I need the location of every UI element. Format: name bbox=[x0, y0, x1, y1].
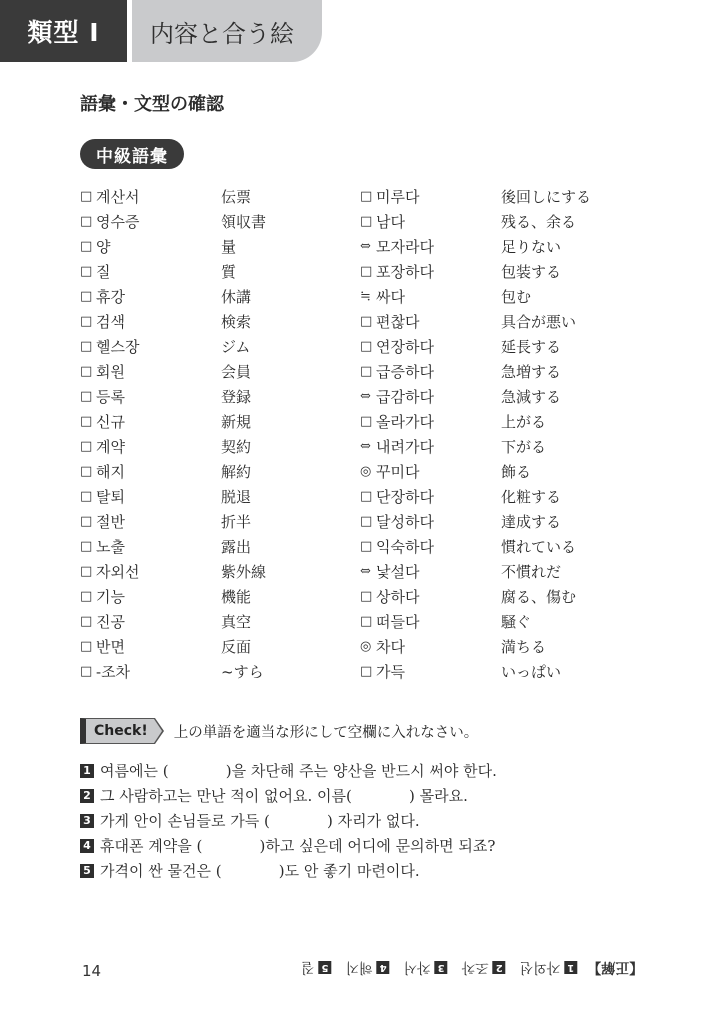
japanese-meaning: 満ちる bbox=[501, 636, 546, 657]
checkbox-icon[interactable]: □ bbox=[80, 439, 96, 454]
japanese-meaning: 急減する bbox=[501, 386, 561, 407]
checkbox-icon[interactable]: □ bbox=[80, 489, 96, 504]
checkbox-icon[interactable]: □ bbox=[360, 664, 376, 679]
vocab-row: □절반折半 bbox=[80, 509, 266, 534]
korean-word: 내려가다 bbox=[376, 436, 501, 457]
checkbox-icon[interactable]: □ bbox=[360, 489, 376, 504]
japanese-meaning: 上がる bbox=[501, 411, 546, 432]
japanese-meaning: 反面 bbox=[221, 636, 251, 657]
vocab-row: □남다残る、余る bbox=[360, 209, 591, 234]
korean-word: 꾸미다 bbox=[376, 461, 501, 482]
korean-word: 진공 bbox=[96, 611, 221, 632]
japanese-meaning: 脱退 bbox=[221, 486, 251, 507]
question-item: 2그 사람하고는 만난 적이 없어요. 이름( ) 몰라요. bbox=[80, 783, 497, 808]
vocab-row: □편찮다具合が悪い bbox=[360, 309, 591, 334]
korean-word: 탈퇴 bbox=[96, 486, 221, 507]
answer-item: 3차서 bbox=[403, 958, 447, 978]
vocab-row: □자외선紫外線 bbox=[80, 559, 266, 584]
vocab-row: □해지解約 bbox=[80, 459, 266, 484]
korean-word: 포장하다 bbox=[376, 261, 501, 282]
vocab-row: ⇔내려가다下がる bbox=[360, 434, 591, 459]
japanese-meaning: 紫外線 bbox=[221, 561, 266, 582]
korean-word: 차다 bbox=[376, 636, 501, 657]
vocab-row: □휴강休講 bbox=[80, 284, 266, 309]
checkbox-icon[interactable]: □ bbox=[80, 314, 96, 329]
vocab-row: □진공真空 bbox=[80, 609, 266, 634]
japanese-meaning: ジム bbox=[221, 336, 250, 357]
answer-number: 4 bbox=[376, 962, 389, 975]
vocab-row: □연장하다延長する bbox=[360, 334, 591, 359]
answer-number: 3 bbox=[434, 962, 447, 975]
japanese-meaning: 質 bbox=[221, 261, 236, 282]
checkbox-icon[interactable]: □ bbox=[80, 614, 96, 629]
japanese-meaning: 露出 bbox=[221, 536, 251, 557]
answer-number: 2 bbox=[492, 962, 505, 975]
chapter-topic-label: 内容と合う絵 bbox=[132, 0, 322, 62]
question-item: 4휴대폰 계약을 ( )하고 싶은데 어디에 문의하면 되죠? bbox=[80, 833, 497, 858]
korean-word: 상하다 bbox=[376, 586, 501, 607]
vocab-row: □양量 bbox=[80, 234, 266, 259]
japanese-meaning: いっぱい bbox=[501, 661, 561, 682]
question-number: 1 bbox=[80, 764, 94, 778]
korean-word: -조차 bbox=[96, 661, 221, 682]
answer-text: 차서 bbox=[403, 958, 430, 978]
korean-word: 익숙하다 bbox=[376, 536, 501, 557]
japanese-meaning: 解約 bbox=[221, 461, 251, 482]
japanese-meaning: 新規 bbox=[221, 411, 251, 432]
checkbox-icon[interactable]: □ bbox=[360, 189, 376, 204]
vocab-row: □-조차~すら bbox=[80, 659, 266, 684]
vocab-row: □급증하다急増する bbox=[360, 359, 591, 384]
vocab-row: ⇔모자라다足りない bbox=[360, 234, 591, 259]
checkbox-icon[interactable]: ◎ bbox=[360, 639, 376, 654]
korean-word: 단장하다 bbox=[376, 486, 501, 507]
korean-word: 해지 bbox=[96, 461, 221, 482]
answer-item: 5질 bbox=[301, 958, 332, 978]
vocab-row: □계산서伝票 bbox=[80, 184, 266, 209]
vocab-row: □헬스장ジム bbox=[80, 334, 266, 359]
vocab-row: □반면反面 bbox=[80, 634, 266, 659]
korean-word: 싸다 bbox=[376, 286, 501, 307]
japanese-meaning: 機能 bbox=[221, 586, 251, 607]
answer-text: 자외선 bbox=[519, 958, 560, 978]
vocab-row: □익숙하다慣れている bbox=[360, 534, 591, 559]
vocab-row: □탈퇴脱退 bbox=[80, 484, 266, 509]
japanese-meaning: 具合が悪い bbox=[501, 311, 576, 332]
vocab-row: □노출露出 bbox=[80, 534, 266, 559]
checkbox-icon[interactable]: ◎ bbox=[360, 464, 376, 479]
korean-word: 노출 bbox=[96, 536, 221, 557]
vocab-row: □상하다腐る、傷む bbox=[360, 584, 591, 609]
korean-word: 검색 bbox=[96, 311, 221, 332]
checkbox-icon[interactable]: □ bbox=[360, 589, 376, 604]
japanese-meaning: 登録 bbox=[221, 386, 251, 407]
checkbox-icon[interactable]: □ bbox=[80, 639, 96, 654]
korean-word: 달성하다 bbox=[376, 511, 501, 532]
answer-key-upside-down: 【正解】 1자외선2조차3차서4해지5질 bbox=[291, 958, 643, 978]
korean-word: 헬스장 bbox=[96, 336, 221, 357]
checkbox-icon[interactable]: □ bbox=[360, 514, 376, 529]
checkbox-icon[interactable]: □ bbox=[360, 364, 376, 379]
vocab-row: □회원会員 bbox=[80, 359, 266, 384]
checkbox-icon[interactable]: □ bbox=[360, 339, 376, 354]
checkbox-icon[interactable]: □ bbox=[80, 364, 96, 379]
checkbox-icon[interactable]: ⇔ bbox=[360, 564, 376, 579]
korean-word: 절반 bbox=[96, 511, 221, 532]
japanese-meaning: 化粧する bbox=[501, 486, 561, 507]
checkbox-icon[interactable]: ⇔ bbox=[360, 239, 376, 254]
answer-number: 1 bbox=[564, 962, 577, 975]
korean-word: 가득 bbox=[376, 661, 501, 682]
japanese-meaning: 後回しにする bbox=[501, 186, 591, 207]
japanese-meaning: 会員 bbox=[221, 361, 251, 382]
vocab-row: □기능機能 bbox=[80, 584, 266, 609]
question-number: 5 bbox=[80, 864, 94, 878]
korean-word: 신규 bbox=[96, 411, 221, 432]
checkbox-icon[interactable]: □ bbox=[80, 389, 96, 404]
vocab-row: □질質 bbox=[80, 259, 266, 284]
japanese-meaning: 延長する bbox=[501, 336, 561, 357]
japanese-meaning: 騒ぐ bbox=[501, 611, 531, 632]
checkbox-icon[interactable]: ⇔ bbox=[360, 389, 376, 404]
vocab-row: □달성하다達成する bbox=[360, 509, 591, 534]
answer-item: 2조차 bbox=[461, 958, 505, 978]
checkbox-icon[interactable]: □ bbox=[80, 514, 96, 529]
check-arrow-icon bbox=[155, 718, 164, 744]
checkbox-icon[interactable]: □ bbox=[360, 314, 376, 329]
question-text: 휴대폰 계약을 ( )하고 싶은데 어디에 문의하면 되죠? bbox=[100, 835, 495, 856]
checkbox-icon[interactable]: □ bbox=[80, 239, 96, 254]
answer-text: 해지 bbox=[345, 958, 372, 978]
japanese-meaning: 下がる bbox=[501, 436, 546, 457]
vocab-row: □포장하다包装する bbox=[360, 259, 591, 284]
japanese-meaning: 足りない bbox=[501, 236, 561, 257]
korean-word: 자외선 bbox=[96, 561, 221, 582]
vocab-row: □가득いっぱい bbox=[360, 659, 591, 684]
korean-word: 기능 bbox=[96, 586, 221, 607]
answer-item: 4해지 bbox=[345, 958, 389, 978]
korean-word: 남다 bbox=[376, 211, 501, 232]
korean-word: 떠들다 bbox=[376, 611, 501, 632]
checkbox-icon[interactable]: □ bbox=[80, 589, 96, 604]
page-number: 14 bbox=[82, 962, 101, 980]
korean-word: 계약 bbox=[96, 436, 221, 457]
check-badge: Check! bbox=[80, 718, 155, 744]
korean-word: 연장하다 bbox=[376, 336, 501, 357]
question-number: 2 bbox=[80, 789, 94, 803]
checkbox-icon[interactable]: □ bbox=[80, 664, 96, 679]
vocab-row: □신규新規 bbox=[80, 409, 266, 434]
korean-word: 반면 bbox=[96, 636, 221, 657]
checkbox-icon[interactable]: □ bbox=[80, 564, 96, 579]
korean-word: 낯설다 bbox=[376, 561, 501, 582]
vocab-row: □등록登録 bbox=[80, 384, 266, 409]
check-instruction: 上の単語を適当な形にして空欄に入れなさい。 bbox=[174, 721, 479, 742]
japanese-meaning: 契約 bbox=[221, 436, 251, 457]
checkbox-icon[interactable]: □ bbox=[360, 264, 376, 279]
japanese-meaning: 領収書 bbox=[221, 211, 266, 232]
japanese-meaning: 休講 bbox=[221, 286, 251, 307]
question-text: 그 사람하고는 만난 적이 없어요. 이름( ) 몰라요. bbox=[100, 785, 468, 806]
korean-word: 휴강 bbox=[96, 286, 221, 307]
level-pill: 中級語彙 bbox=[80, 139, 184, 169]
korean-word: 영수증 bbox=[96, 211, 221, 232]
vocab-row: □영수증領収書 bbox=[80, 209, 266, 234]
question-item: 3가게 안이 손님들로 가득 ( ) 자리가 없다. bbox=[80, 808, 497, 833]
japanese-meaning: 真空 bbox=[221, 611, 251, 632]
checkbox-icon[interactable]: □ bbox=[80, 289, 96, 304]
japanese-meaning: 不慣れだ bbox=[501, 561, 561, 582]
checkbox-icon[interactable]: □ bbox=[80, 214, 96, 229]
vocab-list-left: □계산서伝票□영수증領収書□양量□질質□휴강休講□검색検索□헬스장ジム□회원会員… bbox=[80, 184, 266, 684]
chapter-type-label: 類型 I bbox=[0, 0, 127, 62]
japanese-meaning: 包装する bbox=[501, 261, 561, 282]
japanese-meaning: 達成する bbox=[501, 511, 561, 532]
japanese-meaning: 慣れている bbox=[501, 536, 576, 557]
japanese-meaning: 飾る bbox=[501, 461, 531, 482]
korean-word: 올라가다 bbox=[376, 411, 501, 432]
vocab-row: ◎꾸미다飾る bbox=[360, 459, 591, 484]
answer-number: 5 bbox=[318, 962, 331, 975]
korean-word: 모자라다 bbox=[376, 236, 501, 257]
korean-word: 편찮다 bbox=[376, 311, 501, 332]
checkbox-icon[interactable]: □ bbox=[360, 214, 376, 229]
checkbox-icon[interactable]: ⇔ bbox=[360, 439, 376, 454]
korean-word: 질 bbox=[96, 261, 221, 282]
vocab-row: □올라가다上がる bbox=[360, 409, 591, 434]
korean-word: 양 bbox=[96, 236, 221, 257]
korean-word: 미루다 bbox=[376, 186, 501, 207]
answer-text: 질 bbox=[301, 958, 315, 978]
question-number: 4 bbox=[80, 839, 94, 853]
checkbox-icon[interactable]: □ bbox=[80, 414, 96, 429]
japanese-meaning: ~すら bbox=[221, 661, 264, 682]
vocab-row: □미루다後回しにする bbox=[360, 184, 591, 209]
answer-item: 1자외선 bbox=[519, 958, 577, 978]
checkbox-icon[interactable]: □ bbox=[80, 464, 96, 479]
vocab-row: ⇔급감하다急減する bbox=[360, 384, 591, 409]
checkbox-icon[interactable]: □ bbox=[360, 539, 376, 554]
vocab-row: □단장하다化粧する bbox=[360, 484, 591, 509]
korean-word: 등록 bbox=[96, 386, 221, 407]
japanese-meaning: 伝票 bbox=[221, 186, 251, 207]
question-text: 가격이 싼 물건은 ( )도 안 좋기 마련이다. bbox=[100, 860, 420, 881]
question-text: 가게 안이 손님들로 가득 ( ) 자리가 없다. bbox=[100, 810, 420, 831]
korean-word: 급감하다 bbox=[376, 386, 501, 407]
answer-label: 【正解】 bbox=[587, 958, 643, 978]
vocab-row: □계약契約 bbox=[80, 434, 266, 459]
question-list: 1여름에는 ( )을 차단해 주는 양산을 반드시 써야 한다.2그 사람하고는… bbox=[80, 758, 497, 883]
answer-text: 조차 bbox=[461, 958, 488, 978]
checkbox-icon[interactable]: ≒ bbox=[360, 289, 376, 304]
korean-word: 계산서 bbox=[96, 186, 221, 207]
vocab-row: ⇔낯설다不慣れだ bbox=[360, 559, 591, 584]
checkbox-icon[interactable]: □ bbox=[360, 414, 376, 429]
japanese-meaning: 腐る、傷む bbox=[501, 586, 576, 607]
vocab-row: ◎차다満ちる bbox=[360, 634, 591, 659]
vocab-row: ≒싸다包む bbox=[360, 284, 591, 309]
question-item: 5가격이 싼 물건은 ( )도 안 좋기 마련이다. bbox=[80, 858, 497, 883]
japanese-meaning: 量 bbox=[221, 236, 236, 257]
japanese-meaning: 包む bbox=[501, 286, 531, 307]
korean-word: 급증하다 bbox=[376, 361, 501, 382]
vocab-row: □검색検索 bbox=[80, 309, 266, 334]
japanese-meaning: 残る、余る bbox=[501, 211, 576, 232]
question-number: 3 bbox=[80, 814, 94, 828]
japanese-meaning: 検索 bbox=[221, 311, 251, 332]
section-title: 語彙・文型の確認 bbox=[80, 90, 224, 116]
checkbox-icon[interactable]: □ bbox=[80, 189, 96, 204]
checkbox-icon[interactable]: □ bbox=[80, 539, 96, 554]
checkbox-icon[interactable]: □ bbox=[80, 264, 96, 279]
question-text: 여름에는 ( )을 차단해 주는 양산을 반드시 써야 한다. bbox=[100, 760, 497, 781]
korean-word: 회원 bbox=[96, 361, 221, 382]
japanese-meaning: 急増する bbox=[501, 361, 561, 382]
checkbox-icon[interactable]: □ bbox=[80, 339, 96, 354]
vocab-row: □떠들다騒ぐ bbox=[360, 609, 591, 634]
check-header: Check! 上の単語を適当な形にして空欄に入れなさい。 bbox=[80, 718, 478, 744]
japanese-meaning: 折半 bbox=[221, 511, 251, 532]
question-item: 1여름에는 ( )을 차단해 주는 양산을 반드시 써야 한다. bbox=[80, 758, 497, 783]
checkbox-icon[interactable]: □ bbox=[360, 614, 376, 629]
vocab-list-right: □미루다後回しにする□남다残る、余る⇔모자라다足りない□포장하다包装する≒싸다包… bbox=[360, 184, 591, 684]
